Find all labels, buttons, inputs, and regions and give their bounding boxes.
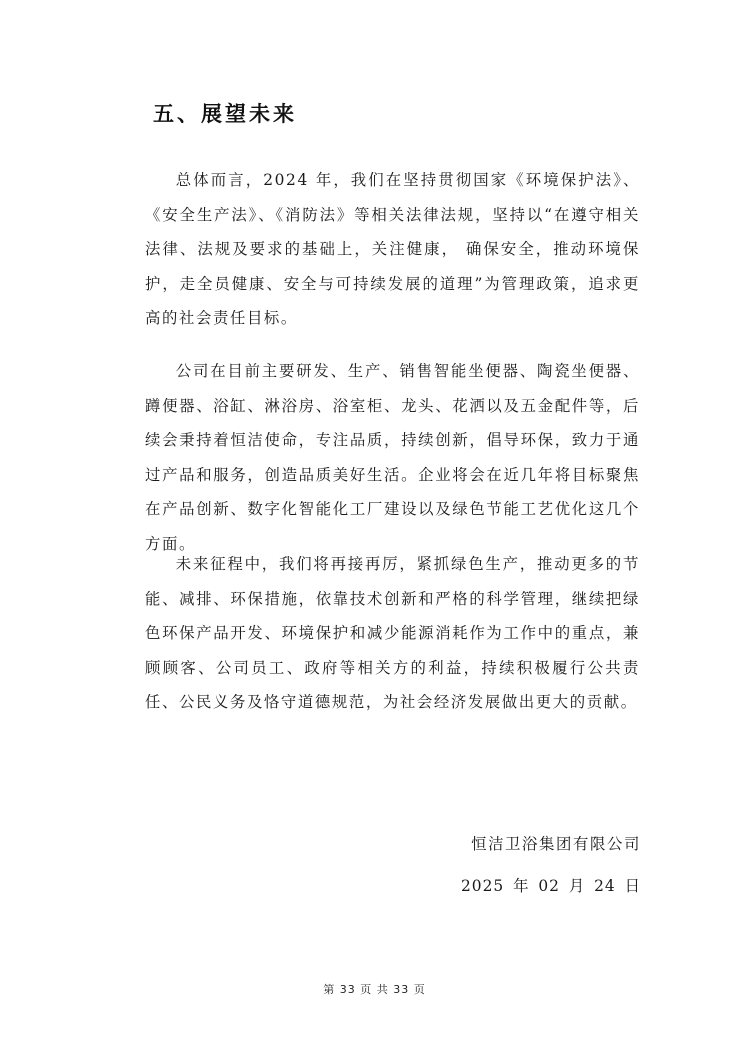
page-number-footer: 第 33 页 共 33 页 xyxy=(0,981,749,997)
paragraph-summary: 总体而言，2024 年，我们在坚持贯彻国家《环境保护法》、《安全生产法》、《消防… xyxy=(145,163,640,336)
document-page: 五、展望未来 总体而言，2024 年，我们在坚持贯彻国家《环境保护法》、《安全生… xyxy=(0,0,749,1059)
signature-company: 恒洁卫浴集团有限公司 xyxy=(471,832,641,854)
paragraph-future-plans: 未来征程中，我们将再接再厉，紧抓绿色生产，推动更多的节能、减排、环保措施，依靠技… xyxy=(145,547,640,720)
paragraph-company-products: 公司在目前主要研发、生产、销售智能坐便器、陶瓷坐便器、蹲便器、浴缸、淋浴房、浴室… xyxy=(145,354,640,562)
section-heading: 五、展望未来 xyxy=(153,98,297,128)
signature-date: 2025 年 02 月 24 日 xyxy=(461,874,641,896)
